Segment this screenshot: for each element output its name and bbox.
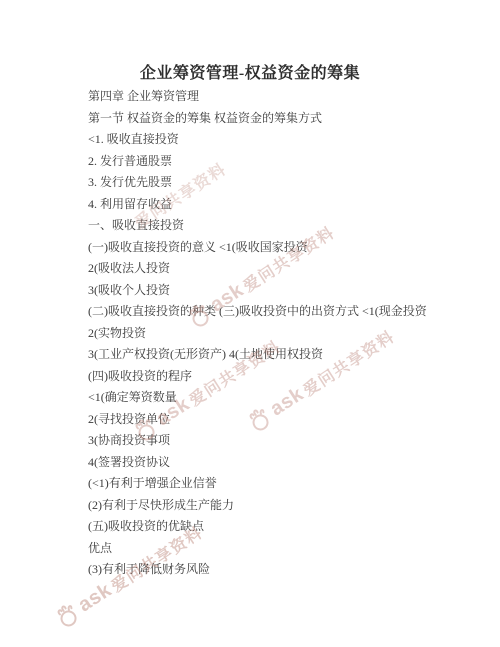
document-body: 第四章 企业筹资管理 第一节 权益资金的筹集 权益资金的筹集方式 <1. 吸收直… (88, 86, 483, 581)
text-line: 3(协商投资事项 (88, 430, 483, 452)
document-title: 企业筹资管理-权益资金的筹集 (0, 60, 500, 83)
text-line: 一、吸收直接投资 (88, 215, 483, 237)
text-line: 2. 发行普通股票 (88, 151, 483, 173)
text-line: 3(工业产权投资(无形资产) 4(土地使用权投资 (88, 344, 483, 366)
text-line: 第四章 企业筹资管理 (88, 86, 483, 108)
text-line: <1(确定筹资数量 (88, 387, 483, 409)
text-line: (3)有利于降低财务风险 (88, 559, 483, 581)
text-line: 3(吸收个人投资 (88, 280, 483, 302)
text-line: 3. 发行优先股票 (88, 172, 483, 194)
text-line: <1. 吸收直接投资 (88, 129, 483, 151)
text-line: 4. 利用留存收益 (88, 194, 483, 216)
document-page: 企业筹资管理-权益资金的筹集 第四章 企业筹资管理 第一节 权益资金的筹集 权益… (0, 0, 500, 647)
text-line: 第一节 权益资金的筹集 权益资金的筹集方式 (88, 108, 483, 130)
text-line: (五)吸收投资的优缺点 (88, 516, 483, 538)
text-line: 2(寻找投资单位 (88, 409, 483, 431)
text-line: (2)有利于尽快形成生产能力 (88, 495, 483, 517)
text-line: 4(签署投资协议 (88, 452, 483, 474)
text-line: 优点 (88, 538, 483, 560)
text-line: (四)吸收投资的程序 (88, 366, 483, 388)
watermark-brand: ask (74, 579, 116, 617)
text-line: (一)吸收直接投资的意义 <1(吸收国家投资 (88, 237, 483, 259)
text-line: (<1)有利于增强企业信誉 (88, 473, 483, 495)
text-line: 2(吸收法人投资 (88, 258, 483, 280)
iask-logo-icon (49, 598, 85, 634)
text-line: (二)吸收直接投资的种类 (三)吸收投资中的出资方式 <1(现金投资 (88, 301, 483, 323)
text-line: 2(实物投资 (88, 323, 483, 345)
